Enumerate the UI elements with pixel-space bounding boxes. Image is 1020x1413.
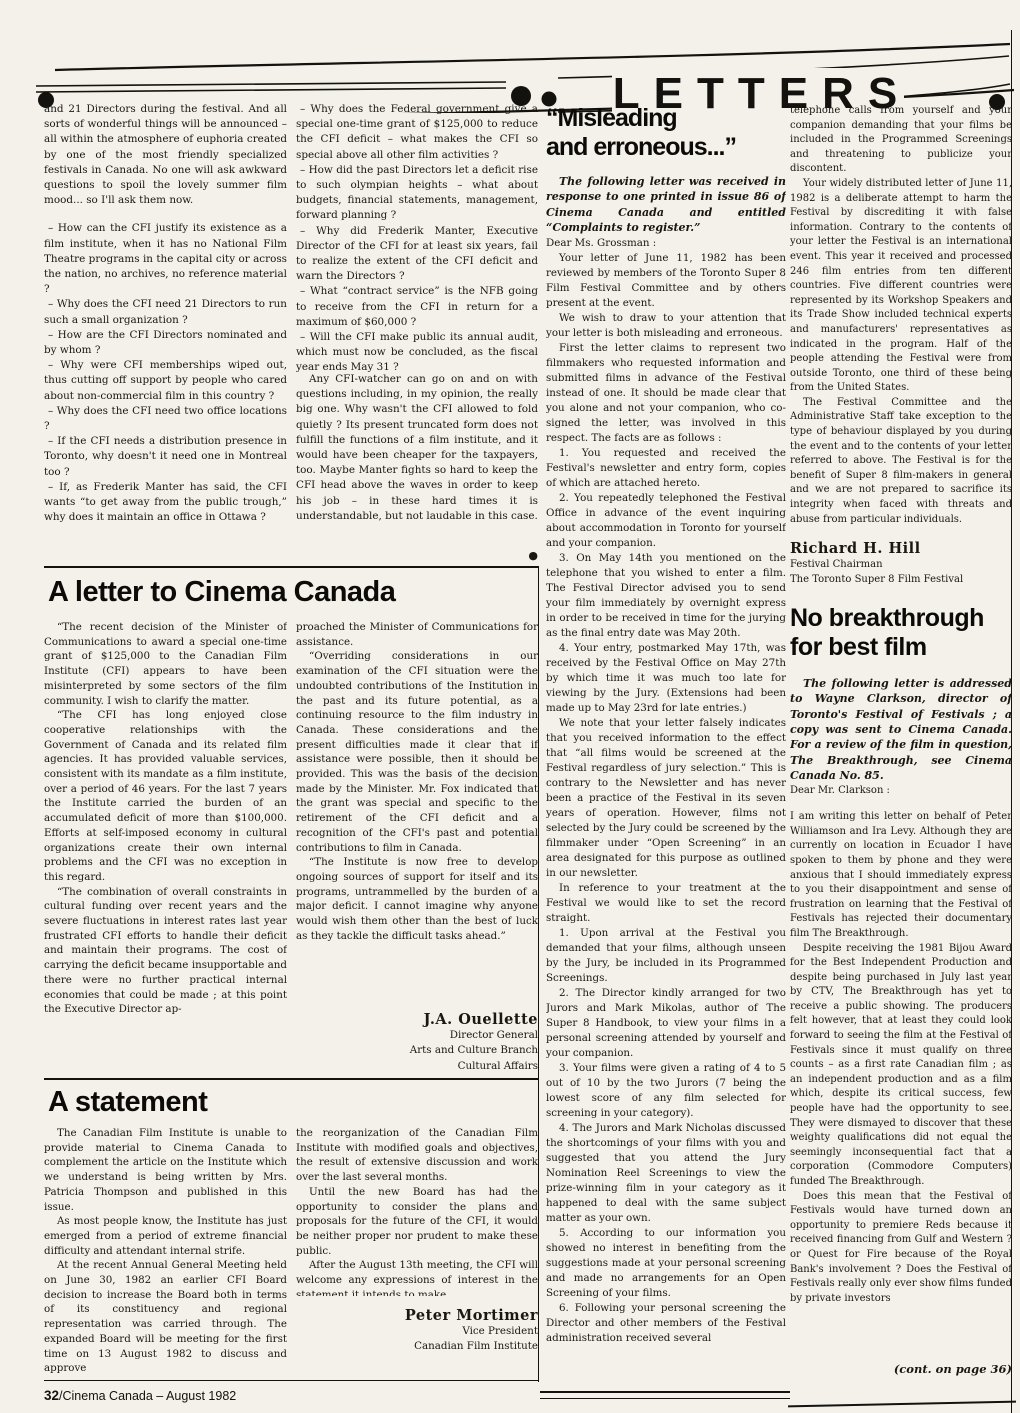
divider-col3-bottom xyxy=(540,1391,790,1399)
divider-statement-top xyxy=(44,1078,538,1080)
paragraph: – Why did Frederik Manter, Executive Dir… xyxy=(296,224,538,285)
divider-col4-bottom xyxy=(788,1401,1016,1408)
statement-column-a: The Canadian Film Institute is unable to… xyxy=(44,1126,287,1378)
paragraph: We wish to draw to your attention that y… xyxy=(546,311,786,341)
misleading-heading: “Misleading and erroneous...” xyxy=(546,104,786,162)
paragraph: In reference to your treatment at the Fe… xyxy=(546,881,786,926)
page-number: 32 xyxy=(44,1388,59,1403)
signature-line: Vice President xyxy=(296,1324,538,1340)
paragraph: 5. According to our information you show… xyxy=(546,1226,786,1301)
paragraph: – Why does the Federal government give a… xyxy=(296,102,538,163)
paragraph: The Canadian Film Institute is unable to… xyxy=(44,1126,287,1214)
paragraph: 2. You repeatedly telephoned the Festiva… xyxy=(546,491,786,551)
letter-cc-column-a: “The recent decision of the Minister of … xyxy=(44,620,287,1078)
paragraph: proached the Minister of Communications … xyxy=(296,620,538,649)
magazine-page: LETTERS and 21 Directors during the fest… xyxy=(0,0,1020,1413)
letters-banner: LETTERS xyxy=(0,28,1020,113)
paragraph: – Will the CFI make public its annual au… xyxy=(296,330,538,376)
paragraph: telephone calls from yourself and your c… xyxy=(790,104,1012,177)
misleading-intro: The following letter was received in res… xyxy=(546,174,786,236)
misleading-salutation: Dear Ms. Grossman : xyxy=(546,236,786,251)
paragraph: – Why does the CFI need 21 Directors to … xyxy=(44,297,287,327)
breakthrough-heading-line2: for best film xyxy=(790,633,1012,662)
banner-art: LETTERS xyxy=(0,28,1020,113)
signature-line: Cultural Affairs xyxy=(296,1059,538,1075)
paragraph: 6. Following your personal screening the… xyxy=(546,1301,786,1346)
paragraph: the reorganization of the Canadian Film … xyxy=(296,1126,538,1185)
page-footer: 32/Cinema Canada – August 1982 xyxy=(44,1388,236,1403)
paragraph: – If, as Frederik Manter has said, the C… xyxy=(44,480,287,526)
paragraph: Despite receiving the 1981 Bijou Award f… xyxy=(790,942,1012,1190)
breakthrough-salutation: Dear Mr. Clarkson : xyxy=(790,784,1012,799)
paragraph: “The Institute is now free to develop on… xyxy=(296,855,538,943)
paragraph: – Why does the CFI need two office locat… xyxy=(44,404,287,434)
signature-line: Festival Chairman xyxy=(790,557,1012,573)
paragraph: 2. The Director kindly arranged for two … xyxy=(546,986,786,1061)
cfi-article-closing: Any CFI-watcher can go on and on with qu… xyxy=(296,372,538,564)
paragraph: 3. On May 14th you mentioned on the tele… xyxy=(546,551,786,641)
paragraph: “The combination of overall constraints … xyxy=(44,885,287,1017)
signature-line: Peter Mortimer xyxy=(296,1308,538,1324)
misleading-continuation: telephone calls from yourself and your c… xyxy=(790,104,1012,527)
cfi-article-column-1: and 21 Directors during the festival. An… xyxy=(44,102,287,564)
letter-cc-signature: J.A. OuelletteDirector GeneralArts and C… xyxy=(296,1012,538,1084)
letter-cc-heading: A letter to Cinema Canada xyxy=(48,576,395,609)
paragraph: – What “contract service” is the NFB goi… xyxy=(296,284,538,330)
paragraph: 3. Your films were given a rating of 4 t… xyxy=(546,1061,786,1121)
paragraph: “The recent decision of the Minister of … xyxy=(44,620,287,708)
divider-letter-cc-top xyxy=(44,566,538,568)
right-column: telephone calls from yourself and your c… xyxy=(790,104,1012,1384)
letter-cc-column-b: proached the Minister of Communications … xyxy=(296,620,538,1000)
breakthrough-heading: No breakthrough for best film xyxy=(790,604,1012,662)
paragraph: At the recent Annual General Meeting hel… xyxy=(44,1258,287,1376)
paragraph: 4. Your entry, postmarked May 17th, was … xyxy=(546,641,786,716)
paragraph: – How can the CFI justify its existence … xyxy=(44,221,287,297)
paragraph: First the letter claims to represent two… xyxy=(546,341,786,446)
paragraph: The Festival Committee and the Administr… xyxy=(790,396,1012,527)
paragraph: “The CFI has long enjoyed close cooperat… xyxy=(44,708,287,884)
paragraph: and 21 Directors during the festival. An… xyxy=(44,102,287,208)
breakthrough-heading-line1: No breakthrough xyxy=(790,604,1012,633)
statement-signature: Peter MortimerVice PresidentCanadian Fil… xyxy=(296,1308,538,1366)
paragraph: “Overriding considerations in our examin… xyxy=(296,649,538,855)
signature-line: Richard H. Hill xyxy=(790,541,1012,557)
misleading-paragraphs: Your letter of June 11, 1982 has been re… xyxy=(546,251,786,1346)
signature-line: The Toronto Super 8 Film Festival xyxy=(790,572,1012,588)
misleading-letter-column: “Misleading and erroneous...” The follow… xyxy=(546,104,786,1390)
page-right-border xyxy=(1011,30,1012,1413)
signature-line: Arts and Culture Branch xyxy=(296,1043,538,1059)
misleading-heading-line2: and erroneous...” xyxy=(546,133,786,162)
paragraph: Your widely distributed letter of June 1… xyxy=(790,177,1012,396)
paragraph: – How did the past Directors let a defic… xyxy=(296,163,538,224)
signature-line: J.A. Ouellette xyxy=(296,1012,538,1028)
breakthrough-intro: The following letter is addressed to Way… xyxy=(790,676,1012,784)
end-mark-dot: ● xyxy=(528,548,538,563)
paragraph: – Why were CFI memberships wiped out, th… xyxy=(44,358,287,404)
paragraph: After the August 13th meeting, the CFI w… xyxy=(296,1258,538,1296)
footer-text: /Cinema Canada – August 1982 xyxy=(59,1389,236,1403)
paragraph: Does this mean that the Festival of Fest… xyxy=(790,1190,1012,1307)
signature-line: Canadian Film Institute xyxy=(296,1339,538,1355)
closing-paragraph: Any CFI-watcher can go on and on with qu… xyxy=(296,372,538,524)
paragraph: – If the CFI needs a distribution presen… xyxy=(44,434,287,480)
statement-heading: A statement xyxy=(48,1086,207,1119)
divider-left-box-right xyxy=(538,566,539,1382)
paragraph: We note that your letter falsely indicat… xyxy=(546,716,786,881)
signature-line: Director General xyxy=(296,1028,538,1044)
paragraph: 1. Upon arrival at the Festival you dema… xyxy=(546,926,786,986)
hill-signature: Richard H. HillFestival ChairmanThe Toro… xyxy=(790,541,1012,588)
divider-left-bottom xyxy=(44,1380,538,1381)
statement-column-b: the reorganization of the Canadian Film … xyxy=(296,1126,538,1296)
continued-note: (cont. on page 36) xyxy=(850,1362,1012,1376)
paragraph: As most people know, the Institute has j… xyxy=(44,1214,287,1258)
paragraph: Until the new Board has had the opportun… xyxy=(296,1185,538,1259)
paragraph: Your letter of June 11, 1982 has been re… xyxy=(546,251,786,311)
paragraph: 1. You requested and received the Festiv… xyxy=(546,446,786,491)
misleading-heading-line1: “Misleading xyxy=(546,104,786,133)
paragraph: 4. The Jurors and Mark Nicholas discusse… xyxy=(546,1121,786,1226)
paragraph: I am writing this letter on behalf of Pe… xyxy=(790,810,1012,941)
breakthrough-paragraphs: I am writing this letter on behalf of Pe… xyxy=(790,810,1012,1306)
paragraph: – How are the CFI Directors nominated an… xyxy=(44,328,287,358)
